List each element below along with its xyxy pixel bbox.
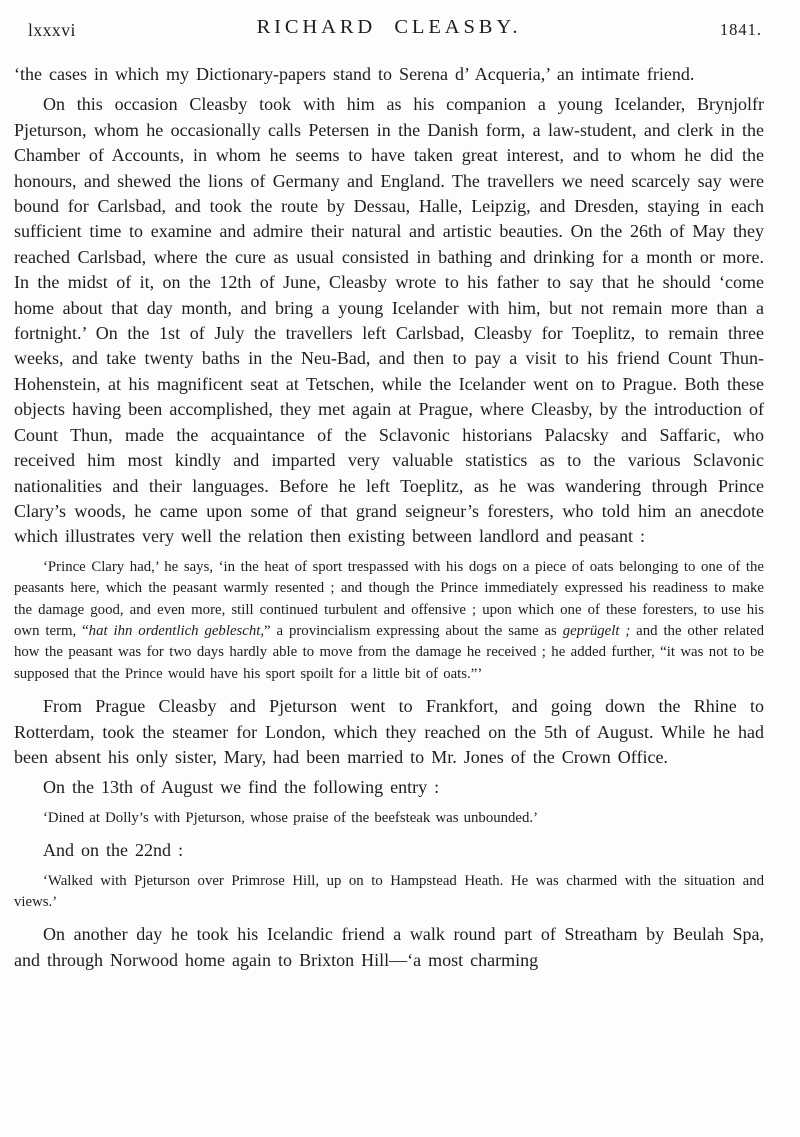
paragraph: On another day he took his Icelandic fri… [14,922,764,973]
paragraph: On the 13th of August we find the follow… [14,775,764,800]
text-segment: ‘Dined at Dolly’s with Pjeturson, whose … [43,810,538,826]
italic-text-segment: hat ihn ordentlich geblescht [89,623,261,639]
text-segment: ,” a provincialism expressing about the … [260,623,562,639]
paragraph: ‘the cases in which my Dictionary-papers… [14,62,764,87]
text-segment: On this occasion Cleasby took with him a… [14,94,764,546]
book-page: lxxxvi RICHARD CLEASBY. 1841. ‘the cases… [0,0,800,1137]
text-segment: ‘Walked with Pjeturson over Primrose Hil… [14,873,764,910]
paragraph: ‘Walked with Pjeturson over Primrose Hil… [14,871,764,914]
text-segment: On the 13th of August we find the follow… [43,777,439,797]
paragraph: From Prague Cleasby and Pjeturson went t… [14,694,764,770]
paragraph: ‘Dined at Dolly’s with Pjeturson, whose … [14,808,764,829]
year-label: 1841. [720,20,762,40]
page-header: lxxxvi RICHARD CLEASBY. 1841. [14,14,764,44]
text-segment: ‘the cases in which my Dictionary-papers… [14,64,694,84]
paragraph: And on the 22nd : [14,838,764,863]
running-title: RICHARD CLEASBY. [14,16,764,39]
page-content: ‘the cases in which my Dictionary-papers… [14,62,764,973]
paragraph: On this occasion Cleasby took with him a… [14,92,764,549]
italic-text-segment: geprügelt ; [563,623,631,639]
text-segment: On another day he took his Icelandic fri… [14,924,764,969]
text-segment: And on the 22nd : [43,840,183,860]
paragraph: ‘Prince Clary had,’ he says, ‘in the hea… [14,557,764,685]
text-segment: From Prague Cleasby and Pjeturson went t… [14,696,764,767]
